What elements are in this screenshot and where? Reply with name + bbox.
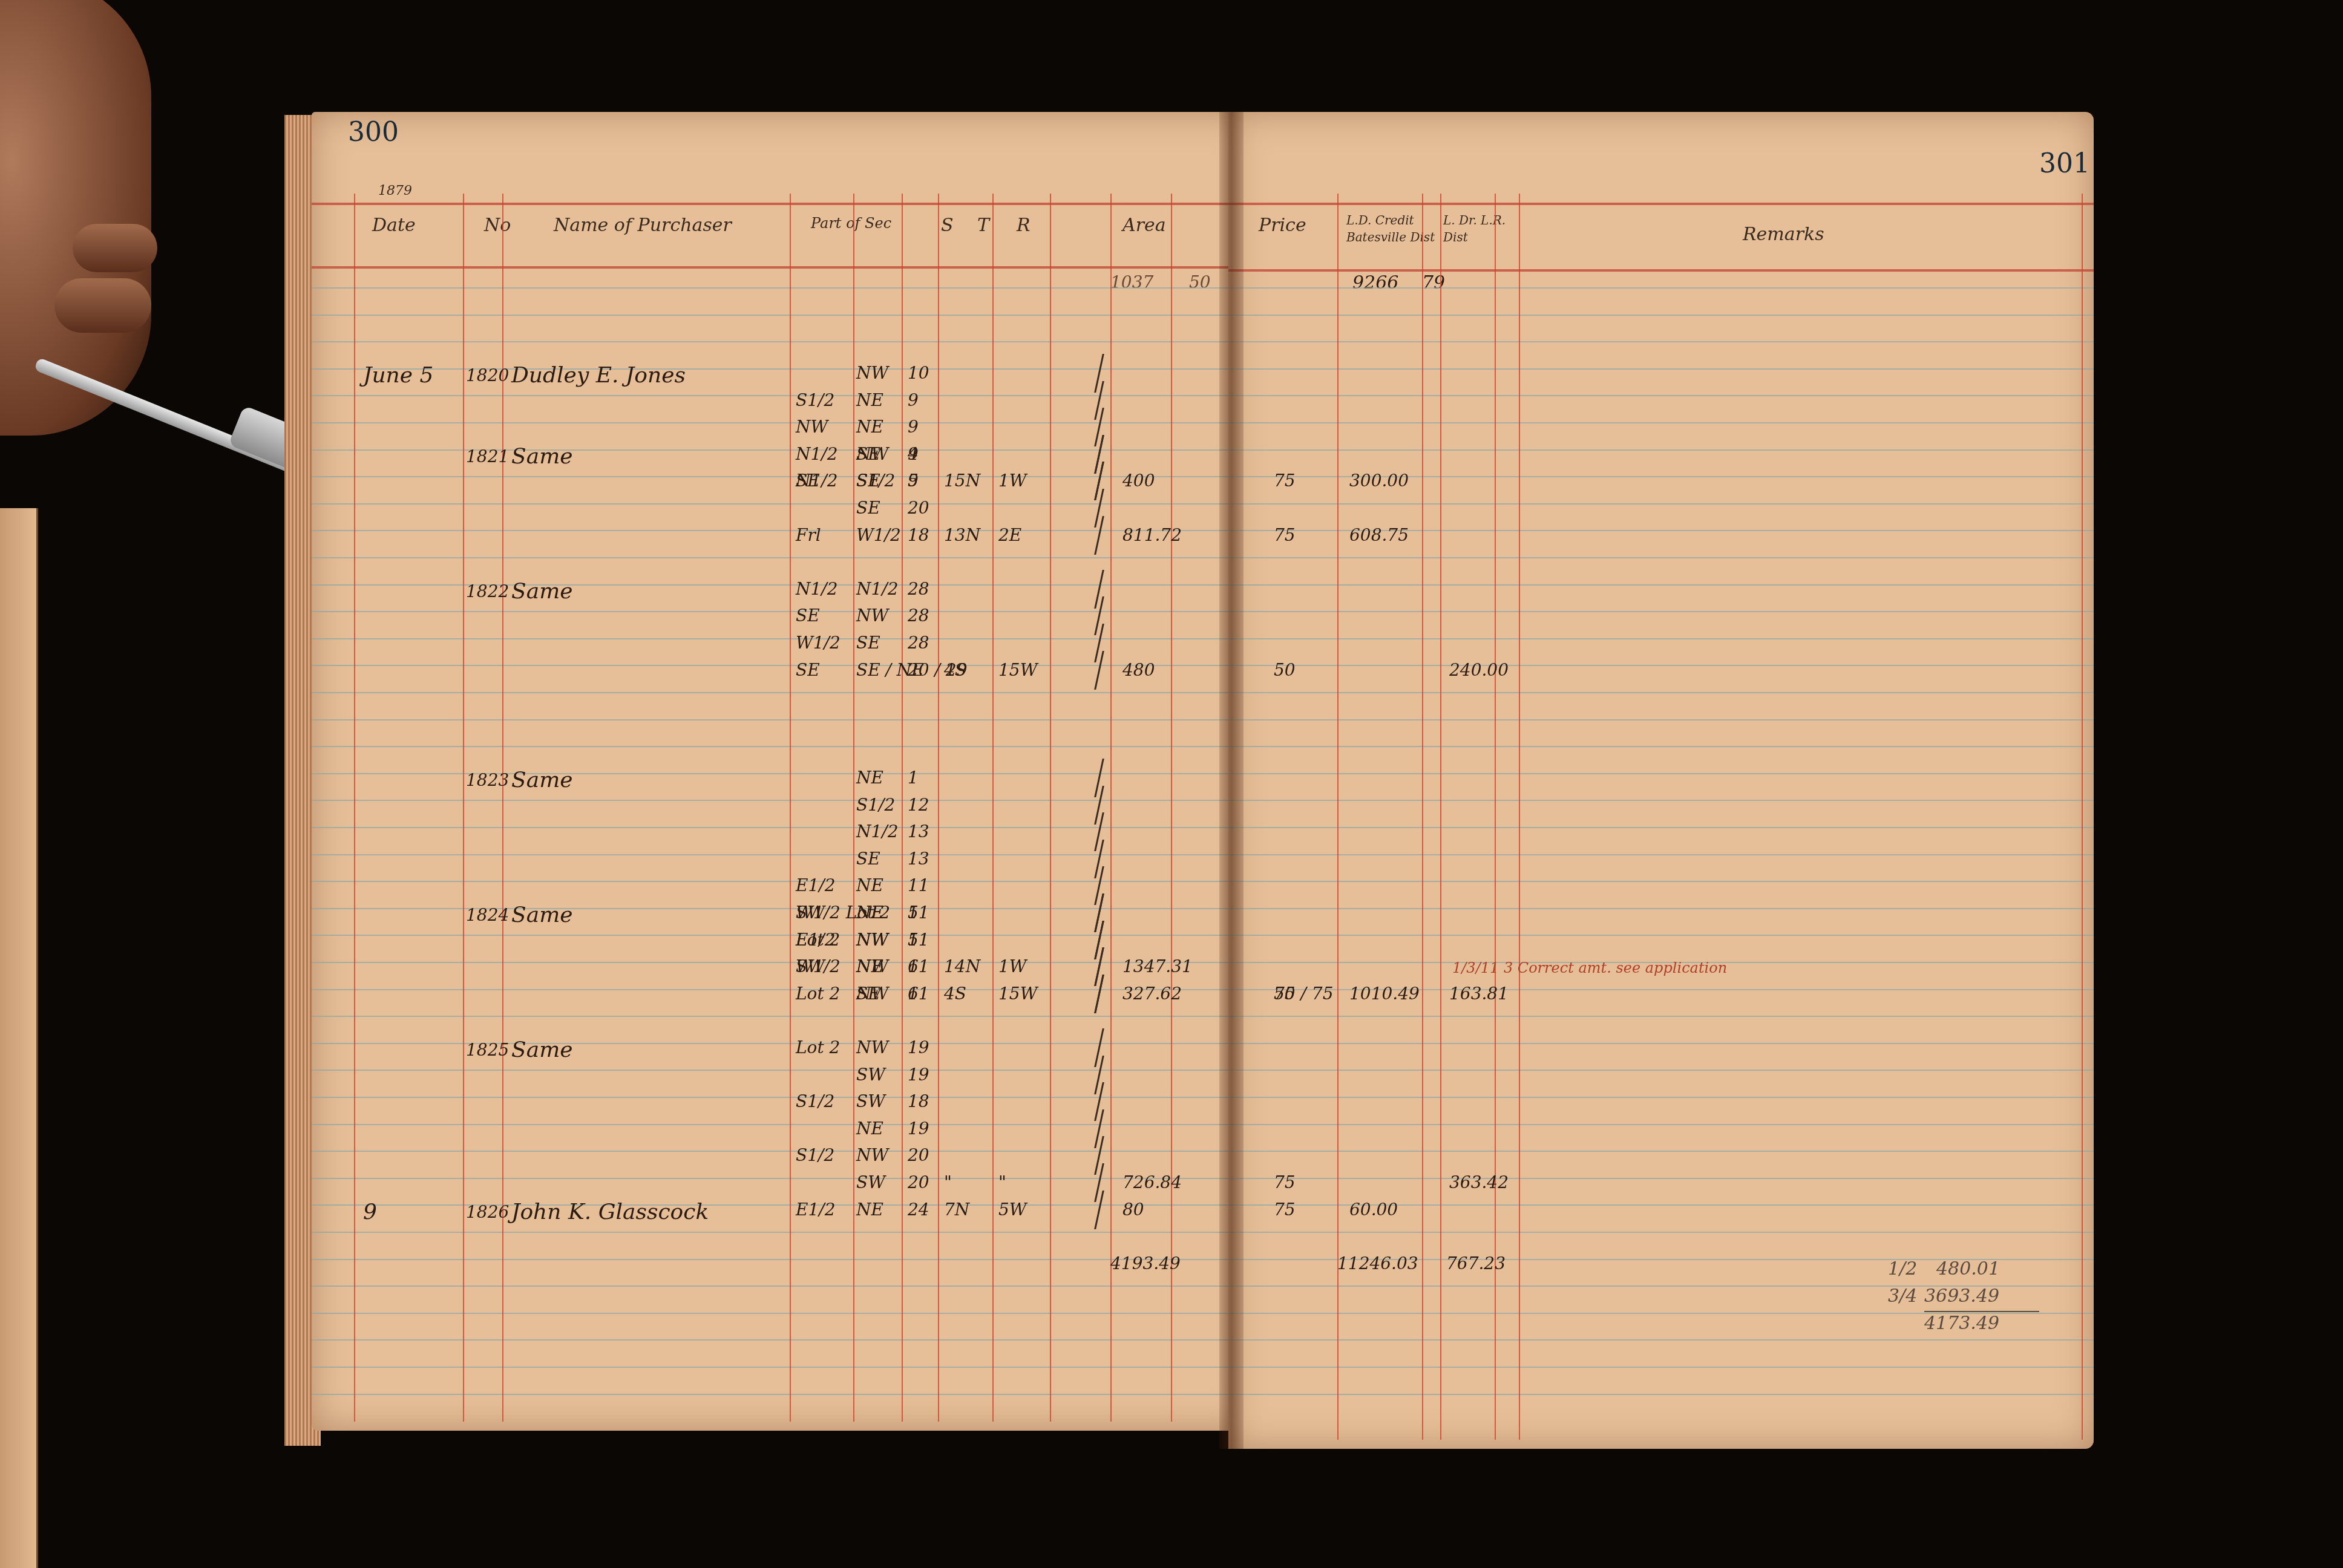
ruling-line: [312, 773, 1256, 774]
ruling-line: [1228, 287, 2094, 289]
purchaser-name: Same: [511, 903, 573, 927]
parcel-section: 9: [908, 390, 919, 410]
ruling-line: [312, 1394, 1256, 1395]
ruling-line: [1228, 1016, 2094, 1017]
entry-number: 1823: [466, 770, 509, 790]
ruling-line: [312, 611, 1256, 612]
parcel-quarter: NW: [856, 1037, 888, 1057]
parcel-township: 4S: [944, 660, 966, 680]
entry-price: 75: [1274, 1172, 1296, 1192]
purchaser-name: Same: [511, 768, 573, 792]
parcel-quarter: N1/2: [856, 822, 899, 841]
parcel-section: 18: [908, 525, 929, 545]
parcel-quarter: NE: [856, 875, 883, 895]
parcel-section: 12: [908, 795, 929, 815]
parcel-range: 1W: [998, 471, 1027, 491]
ruling-line: [312, 1367, 1256, 1368]
entry-number: 1820: [466, 365, 509, 385]
ruling-line: [312, 881, 1256, 882]
parcel-section: 20: [908, 498, 929, 518]
column-rule: [2082, 194, 2083, 1440]
col-header-date: Date: [372, 215, 416, 236]
parcel-area: 811.72: [1122, 525, 1182, 545]
col-header-part-of-sec: Part of Sec: [811, 215, 891, 232]
ruling-line: [1228, 1232, 2094, 1233]
pencil-calc-line-1: 480.01: [1936, 1258, 2000, 1279]
ruling-line: [1228, 1124, 2094, 1125]
column-rule: [992, 194, 994, 1422]
purchaser-name: Same: [511, 444, 573, 469]
ruling-line: [312, 584, 1256, 586]
area-carry-cents: 50: [1189, 272, 1211, 292]
parcel-township: 14N: [944, 956, 980, 976]
col-header-little-rock: L. Dr. L.R. Dist: [1443, 212, 1528, 246]
adjacent-book-edge: [0, 508, 38, 1568]
col-header-t: T: [977, 215, 989, 236]
ruling-line: [1228, 773, 2094, 774]
column-rule: [1440, 194, 1441, 1440]
parcel-area: 400: [1122, 471, 1155, 491]
ruling-line: [312, 1285, 1256, 1287]
parcel-quarter: NE: [856, 956, 883, 976]
parcel-section: 1: [908, 768, 919, 788]
ruling-line: [1228, 395, 2094, 396]
parcel-section: 4: [908, 444, 919, 464]
ruling-line: [1228, 557, 2094, 558]
ruling-line: [1228, 1043, 2094, 1044]
parcel-part: W1/2: [796, 956, 841, 976]
year-annotation: 1879: [378, 183, 412, 198]
parcel-part: S1/2: [796, 1145, 834, 1165]
ruling-line: [312, 1232, 1256, 1233]
purchaser-name: Same: [511, 579, 573, 604]
ruling-line: [312, 1070, 1256, 1071]
purchaser-name: Dudley E. Jones: [511, 363, 686, 388]
page-number-left: 300: [348, 117, 399, 148]
ruling-line: [312, 1339, 1256, 1341]
entry-number: 1822: [466, 581, 509, 601]
parcel-part: N1/2: [796, 471, 838, 491]
column-rule: [790, 194, 791, 1422]
ruling-line: [312, 1016, 1256, 1017]
entry-date: 9: [363, 1200, 377, 1224]
batesville-amount: 608.75: [1349, 525, 1409, 545]
hand: [0, 0, 151, 436]
parcel-quarter: SE: [856, 498, 880, 518]
parcel-section: 13: [908, 822, 929, 841]
ruling-line: [312, 746, 1256, 747]
parcel-section: 5: [908, 930, 919, 950]
parcel-area: 80: [1122, 1200, 1144, 1220]
entry-price: 50: [1274, 660, 1296, 680]
entry-date: June 5: [363, 363, 433, 388]
ruling-line: [312, 1313, 1256, 1314]
parcel-quarter: NW: [856, 363, 888, 383]
parcel-part: SE: [796, 606, 820, 626]
ruling-line: [312, 989, 1256, 990]
parcel-section: 19: [908, 1065, 929, 1085]
parcel-quarter: SE: [856, 633, 880, 653]
batesville-amount: 60.00: [1349, 1200, 1398, 1220]
parcel-area: 327.62: [1122, 984, 1182, 1004]
pencil-calc-label-1: 1/2: [1888, 1258, 1917, 1279]
parcel-range: 2E: [998, 525, 1021, 545]
parcel-range: ": [998, 1172, 1006, 1192]
ruling-line: [312, 1097, 1256, 1098]
ruling-line: [1228, 584, 2094, 586]
ruling-line: [1228, 1097, 2094, 1098]
ruling-line: [312, 908, 1256, 909]
column-rule: [1171, 194, 1172, 1422]
col-header-no: No: [484, 215, 511, 236]
parcel-part: S1/2: [796, 390, 834, 410]
parcel-township: 15N: [944, 471, 980, 491]
ruling-line: [1228, 827, 2094, 828]
parcel-part: Lot 2: [796, 1037, 840, 1057]
parcel-section: 28: [908, 579, 929, 599]
purchaser-name: John K. Glasscock: [511, 1200, 709, 1224]
parcel-quarter: SW: [856, 1091, 885, 1111]
parcel-quarter: W1/2: [856, 525, 901, 545]
ruling-line: [312, 1204, 1256, 1206]
parcel-quarter: NW: [856, 444, 888, 464]
parcel-part: NW: [796, 417, 828, 437]
parcel-part: Lot 2: [796, 930, 840, 950]
little-rock-amount: 240.00: [1449, 660, 1509, 680]
entry-number: 1824: [466, 905, 509, 925]
ruling-line: [1228, 1339, 2094, 1341]
parcel-part: Lot 2: [796, 984, 840, 1004]
ruling-line: [1228, 908, 2094, 909]
pencil-calc-sum: 4173.49: [1924, 1313, 1999, 1334]
parcel-section: 28: [908, 606, 929, 626]
column-rule: [902, 194, 903, 1422]
column-rule: [938, 194, 939, 1422]
ruling-line: [1228, 665, 2094, 666]
parcel-section: 18: [908, 1091, 929, 1111]
column-rule: [354, 194, 355, 1422]
ruling-line: [312, 368, 1256, 370]
ruling-line: [312, 1124, 1256, 1125]
parcel-quarter: NW: [856, 606, 888, 626]
ruling-line: [1228, 1394, 2094, 1395]
ruling-line: [1228, 1367, 2094, 1368]
parcel-township: ": [944, 1172, 952, 1192]
parcel-section: 20: [908, 1172, 929, 1192]
ruling-line: [1228, 341, 2094, 342]
column-rule: [463, 194, 464, 1422]
parcel-township: 13N: [944, 525, 980, 545]
ruling-line: [312, 503, 1256, 505]
ruling-line: [312, 800, 1256, 801]
finger: [54, 278, 151, 333]
parcel-section: 28: [908, 633, 929, 653]
parcel-section: 20: [908, 1145, 929, 1165]
ruling-line: [1228, 854, 2094, 855]
batesville-amount: 1010.49: [1349, 984, 1420, 1004]
column-rule: [1422, 194, 1423, 1440]
ruling-line: [1228, 503, 2094, 505]
ruling-line: [1228, 315, 2094, 316]
book-gutter: [1219, 112, 1244, 1449]
pencil-calc-line-2: 3693.49: [1924, 1285, 1999, 1307]
parcel-part: E1/2: [796, 875, 836, 895]
area-carry: 1037: [1110, 272, 1153, 292]
parcel-area: 480: [1122, 660, 1155, 680]
parcel-range: 15W: [998, 660, 1037, 680]
page-number-right: 301: [2039, 148, 2090, 179]
parcel-quarter: S1/2: [856, 471, 895, 491]
parcel-quarter: NE: [856, 1200, 883, 1220]
parcel-quarter: N1/2: [856, 579, 899, 599]
col-header-batesville: L.D. Credit Batesville Dist: [1346, 212, 1437, 246]
ruling-line: [312, 449, 1256, 451]
parcel-part: W1/2: [796, 633, 841, 653]
col-header-r: R: [1017, 215, 1031, 236]
ruling-line: [312, 315, 1256, 316]
batesville-carry-cents: 79: [1422, 272, 1445, 293]
batesville-amount: 300.00: [1349, 471, 1409, 491]
total-area: 4193.49: [1110, 1253, 1181, 1273]
parcel-section: 10: [908, 363, 929, 383]
ruling-line: [1228, 692, 2094, 693]
ruling-line: [312, 341, 1256, 342]
pencil-calc-label-2: 3/4: [1888, 1285, 1917, 1307]
total-little-rock: 767.23: [1446, 1253, 1506, 1273]
ruling-line: [312, 557, 1256, 558]
ruling-line: [312, 854, 1256, 855]
ruling-line: [1228, 719, 2094, 720]
column-rule: [853, 194, 854, 1422]
parcel-area: 726.84: [1122, 1172, 1182, 1192]
right-page: 301 Price L.D. Credit Batesville Dist L.…: [1228, 112, 2094, 1449]
ruling-line: [312, 935, 1256, 936]
little-rock-amount: 163.81: [1449, 984, 1509, 1004]
parcel-part: Frl: [796, 525, 821, 545]
col-header-remarks: Remarks: [1743, 224, 1824, 245]
ruling-line: [312, 287, 1256, 289]
ruling-line: [1228, 611, 2094, 612]
ruling-line: [312, 962, 1256, 963]
parcel-township: 7N: [944, 1200, 969, 1220]
left-page: 300 1879 Date No Name of Purchaser Part …: [312, 112, 1256, 1431]
parcel-range: 15W: [998, 984, 1037, 1004]
entry-price: 75: [1274, 471, 1296, 491]
parcel-quarter: SW: [856, 1172, 885, 1192]
parcel-section: 6: [908, 984, 919, 1004]
column-rule: [1050, 194, 1051, 1422]
total-batesville: 11246.03: [1337, 1253, 1418, 1273]
col-header-s: S: [941, 215, 954, 236]
ruling-line: [312, 719, 1256, 720]
ruling-line: [312, 530, 1256, 531]
entry-price: 50 / 75: [1274, 984, 1334, 1004]
batesville-carry: 9266: [1352, 272, 1398, 293]
parcel-quarter: NE: [856, 417, 883, 437]
parcel-quarter: NW: [856, 930, 888, 950]
entry-price: 75: [1274, 525, 1296, 545]
column-rule: [1110, 194, 1112, 1422]
ruling-line: [312, 476, 1256, 477]
entry-remark: 1/3/11 3 Correct amt. see application: [1452, 959, 1727, 976]
parcel-section: 19: [908, 1037, 929, 1057]
ruling-line: [1228, 1313, 2094, 1314]
parcel-quarter: SW: [856, 1065, 885, 1085]
ruling-line: [312, 665, 1256, 666]
entry-number: 1825: [466, 1040, 509, 1060]
column-rule: [1519, 194, 1520, 1440]
ruling-line: [312, 1178, 1256, 1179]
parcel-section: 19: [908, 1119, 929, 1138]
ruling-line: [1228, 1151, 2094, 1152]
parcel-section: 5: [908, 903, 919, 923]
col-header-area: Area: [1122, 215, 1166, 236]
ruling-line: [1228, 746, 2094, 747]
ruling-line: [1228, 1178, 2094, 1179]
ruling-line: [1228, 1285, 2094, 1287]
parcel-quarter: NW: [856, 1145, 888, 1165]
little-rock-amount: 363.42: [1449, 1172, 1509, 1192]
parcel-quarter: NE: [856, 903, 883, 923]
parcel-part: E1/2: [796, 1200, 836, 1220]
ruling-line: [1228, 449, 2094, 451]
parcel-section: 5: [908, 471, 919, 491]
parcel-part: SE: [796, 660, 820, 680]
parcel-section: 24: [908, 1200, 929, 1220]
ruling-line: [1228, 1070, 2094, 1071]
parcel-quarter: NW: [856, 984, 888, 1004]
ruling-line: [312, 827, 1256, 828]
parcel-township: 4S: [944, 984, 966, 1004]
parcel-section: 13: [908, 849, 929, 869]
entry-number: 1821: [466, 446, 509, 466]
col-header-price: Price: [1259, 215, 1306, 236]
ruling-line: [1228, 935, 2094, 936]
ruling-line: [1228, 368, 2094, 370]
parcel-range: 5W: [998, 1200, 1027, 1220]
ruling-line: [1228, 638, 2094, 639]
open-ledger: 300 1879 Date No Name of Purchaser Part …: [284, 103, 2118, 1464]
parcel-part: N1/2: [796, 579, 838, 599]
parcel-area: 1347.31: [1122, 956, 1193, 976]
ruling-line: [312, 1151, 1256, 1152]
entry-price: 75: [1274, 1200, 1296, 1220]
parcel-section: 6: [908, 956, 919, 976]
parcel-section: 11: [908, 875, 929, 895]
parcel-part: N1/2: [796, 444, 838, 464]
parcel-section: 9: [908, 417, 919, 437]
purchaser-name: Same: [511, 1037, 573, 1062]
parcel-quarter: NE: [856, 390, 883, 410]
ruling-line: [1228, 800, 2094, 801]
ruling-line: [312, 395, 1256, 396]
entry-number: 1826: [466, 1202, 509, 1222]
ruling-line: [1228, 881, 2094, 882]
parcel-quarter: S1/2: [856, 795, 895, 815]
parcel-range: 1W: [998, 956, 1027, 976]
parcel-part: S1/2: [796, 1091, 834, 1111]
ruling-line: [1228, 422, 2094, 423]
parcel-quarter: NE: [856, 768, 883, 788]
ruling-line: [312, 422, 1256, 423]
parcel-quarter: NE: [856, 1119, 883, 1138]
parcel-quarter: SE: [856, 849, 880, 869]
col-header-name: Name of Purchaser: [554, 215, 732, 236]
finger: [73, 224, 157, 272]
ruling-line: [312, 1043, 1256, 1044]
ruling-line: [312, 638, 1256, 639]
ruling-line: [312, 692, 1256, 693]
